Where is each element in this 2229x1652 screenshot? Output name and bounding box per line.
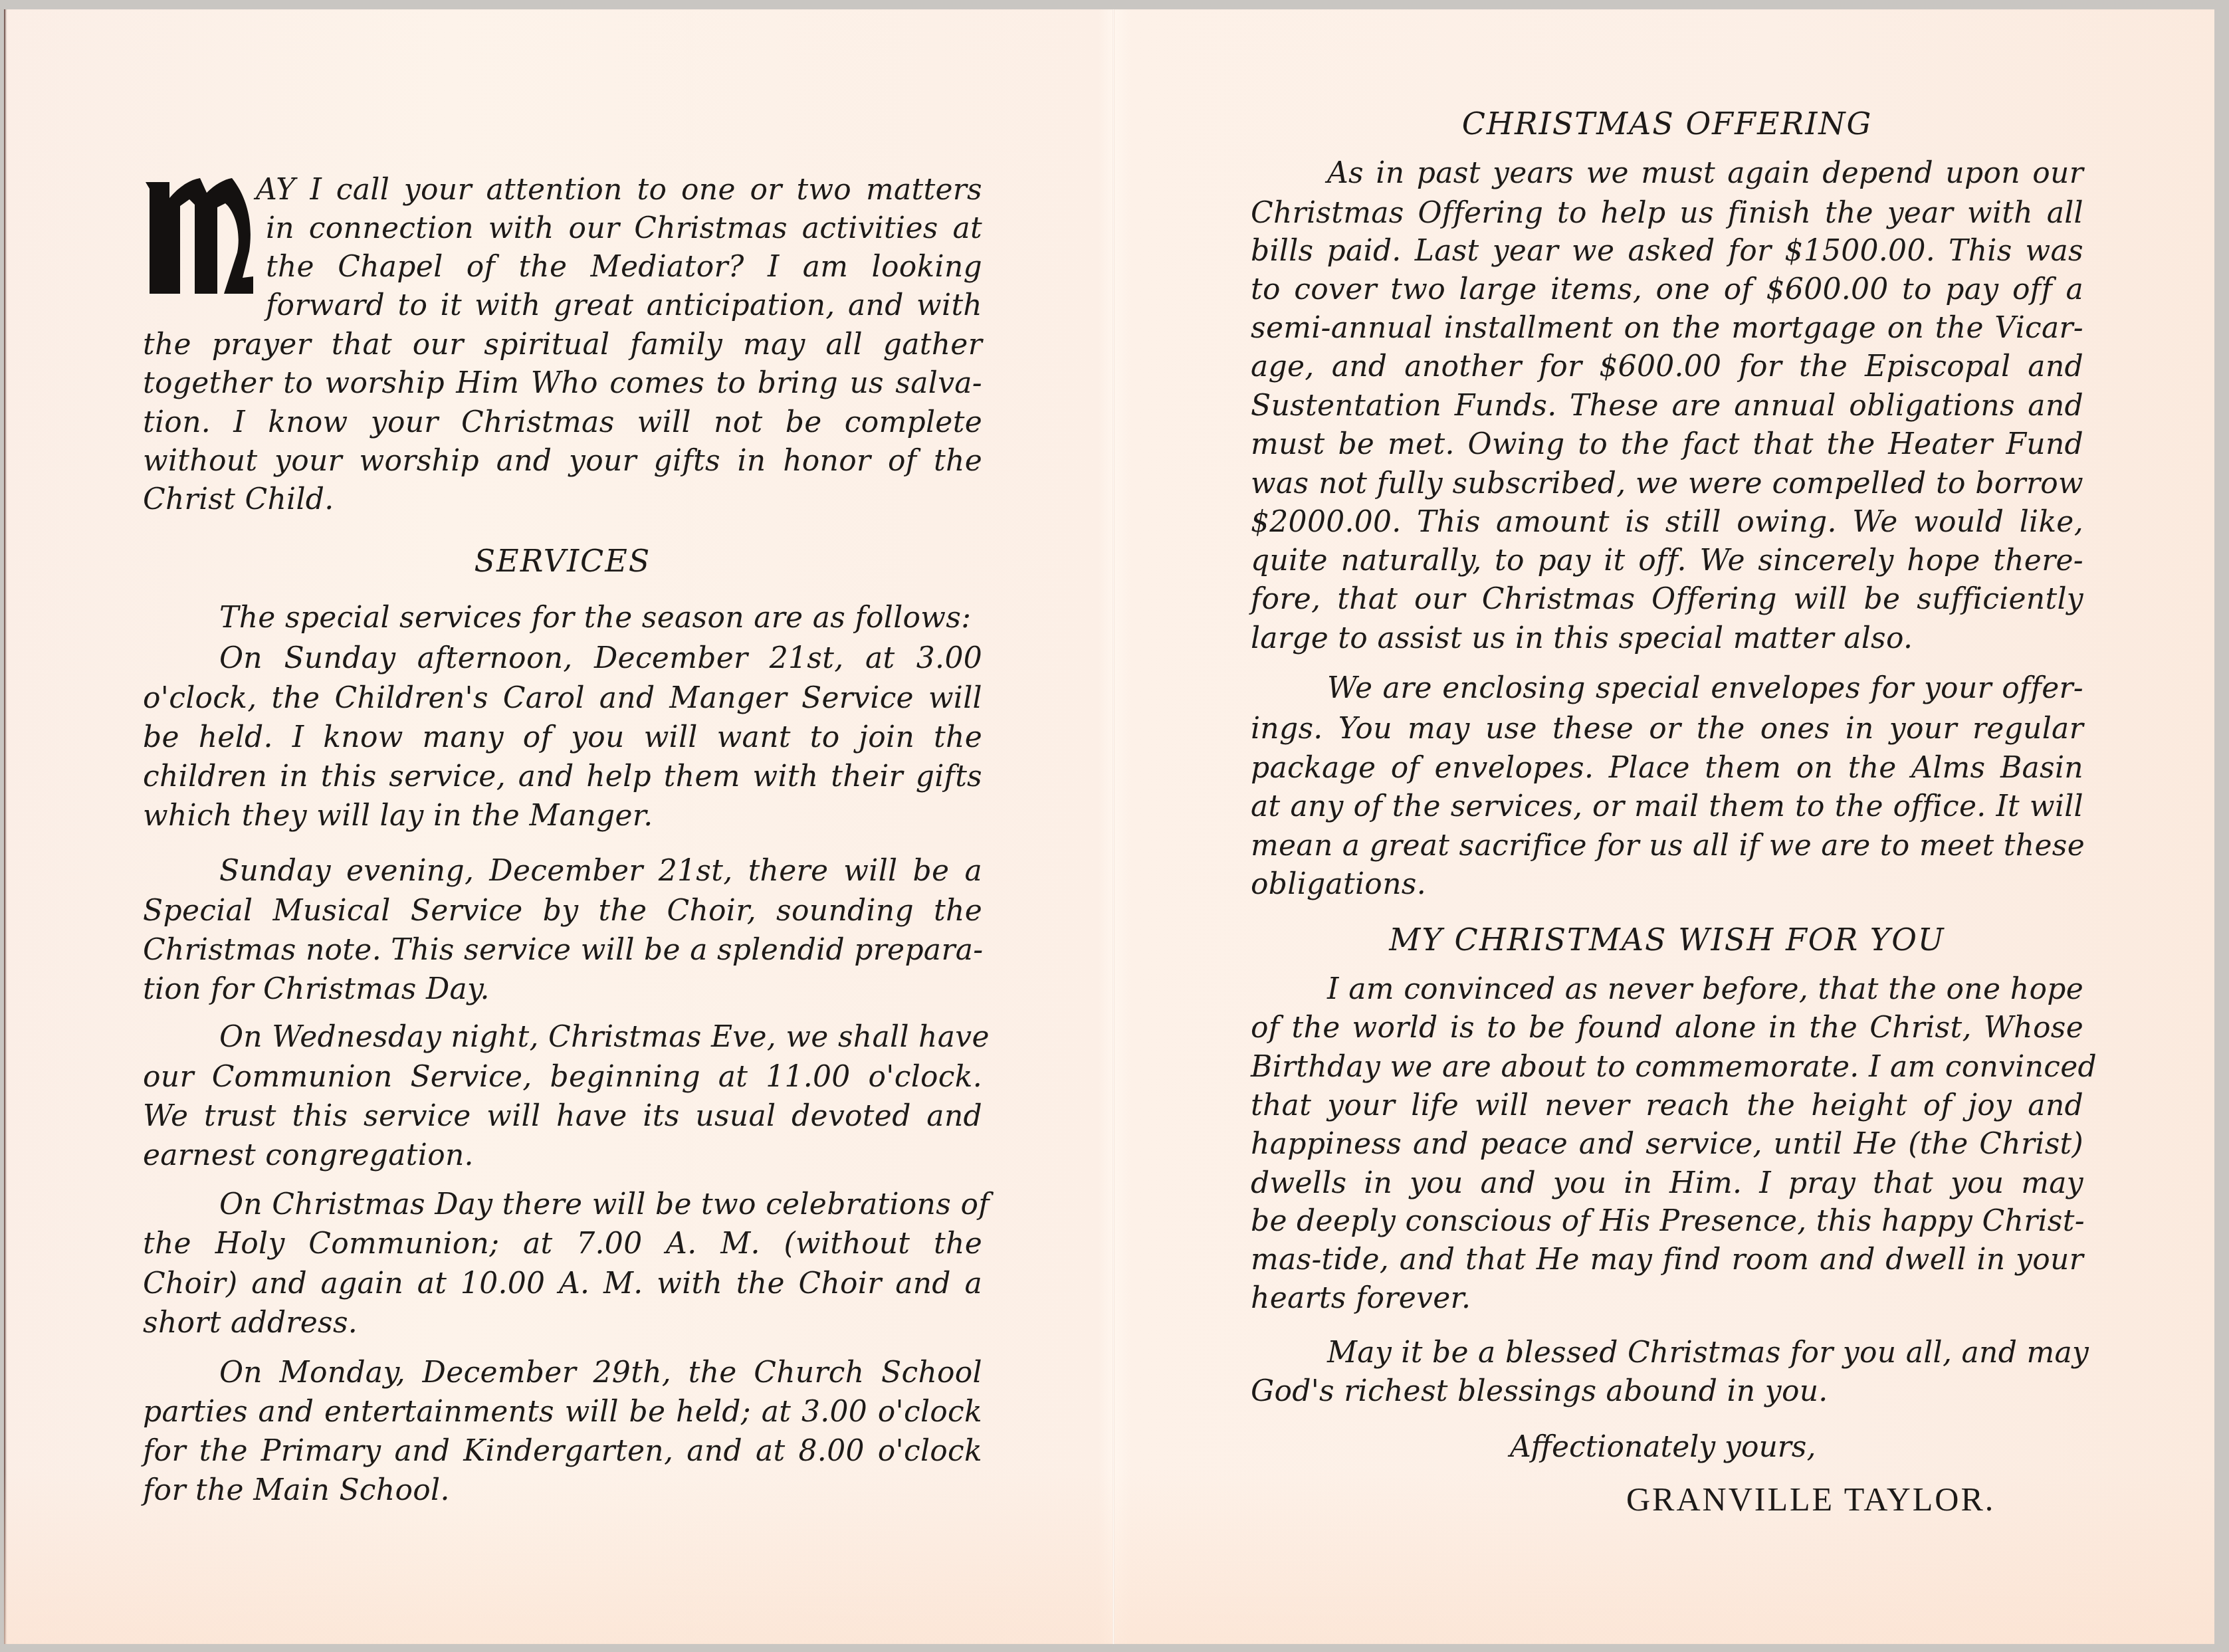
intro-line-9: Christ Child. (143, 480, 982, 520)
offering-p1-line-4: to cover two large items, one of $600.00… (1251, 270, 2083, 310)
services-p4-line-2: our Communion Service, beginning at 11.0… (143, 1057, 982, 1097)
intro-line-5: the prayer that our spiritual family may… (143, 325, 982, 365)
services-p2-line-4: children in this service, and help them … (143, 757, 982, 797)
offering-p1-line-11: quite naturally, to pay it off. We since… (1251, 541, 2083, 581)
wish-p1-line-2: of the world is to be found alone in the… (1251, 1008, 2083, 1048)
offering-p1-line-3: bills paid. Last year we asked for $1500… (1251, 231, 2083, 271)
services-p3-line-4: tion for Christmas Day. (143, 970, 982, 1009)
services-p4-line-1: On Wednesday night, Christmas Eve, we sh… (143, 1017, 982, 1057)
christmas-wish-heading: MY CHRISTMAS WISH FOR YOU (1251, 920, 2083, 960)
intro-line-2: in connection with our Christmas activit… (143, 209, 982, 249)
services-p1-line-1: The special services for the season are … (143, 598, 982, 638)
signature: GRANVILLE TAYLOR. (1626, 1479, 1995, 1519)
offering-p2-line-4: at any of the services, or mail them to … (1251, 787, 2083, 827)
offering-p1-line-2: Christmas Offering to help us finish the… (1251, 193, 2083, 233)
wish-p1-line-7: be deeply conscious of His Presence, thi… (1251, 1201, 2083, 1241)
offering-p1-line-12: fore, that our Christmas Offering will b… (1251, 579, 2083, 619)
wish-p1-line-3: Birthday we are about to commemorate. I … (1251, 1047, 2083, 1087)
closing: Affectionately yours, (1510, 1427, 1816, 1467)
offering-p1-line-9: was not fully subscribed, we were compel… (1251, 464, 2083, 504)
wish-p1-line-1: I am convinced as never before, that the… (1251, 970, 2083, 1009)
offering-p1-line-1: As in past years we must again depend up… (1251, 154, 2083, 193)
services-p5-line-3: Choir) and again at 10.00 A. M. with the… (143, 1264, 982, 1304)
wish-p1-line-6: dwells in you and you in Him. I pray tha… (1251, 1164, 2083, 1203)
wish-p1-line-5: happiness and peace and service, until H… (1251, 1124, 2083, 1164)
intro-line-4: forward to it with great anticipation, a… (143, 286, 982, 326)
services-p6-line-3: for the Primary and Kindergarten, and at… (143, 1431, 982, 1471)
wish-p1-line-8: mas-tide, and that He may find room and … (1251, 1240, 2083, 1280)
offering-p2-line-3: package of envelopes. Place them on the … (1251, 748, 2083, 788)
offering-p2-line-5: mean a great sacrifice for us all if we … (1251, 826, 2083, 866)
services-heading: SERVICES (143, 541, 982, 581)
services-p2-line-2: o'clock, the Children's Carol and Manger… (143, 678, 982, 718)
offering-p1-line-10: $2000.00. This amount is still owing. We… (1251, 502, 2083, 542)
services-p2-line-1: On Sunday afternoon, December 21st, at 3… (143, 639, 982, 678)
services-p3-line-2: Special Musical Service by the Choir, so… (143, 891, 982, 931)
services-p5-line-4: short address. (143, 1303, 982, 1343)
services-p3-line-3: Christmas note. This service will be a s… (143, 930, 982, 970)
services-p5-line-1: On Christmas Day there will be two celeb… (143, 1185, 982, 1225)
center-fold (1113, 9, 1114, 1644)
intro-line-8: without your worship and your gifts in h… (143, 441, 982, 481)
wish-p1-line-4: that your life will never reach the heig… (1251, 1086, 2083, 1126)
services-p6-line-2: parties and entertainments will be held;… (143, 1392, 982, 1432)
intro-line-1: AY I call your attention to one or two m… (143, 170, 982, 210)
intro-line-6: together to worship Him Who comes to bri… (143, 363, 982, 403)
offering-p2-line-6: obligations. (1251, 865, 2083, 904)
intro-line-7: tion. I know your Christmas will not be … (143, 403, 982, 443)
services-p2-line-5: which they will lay in the Manger. (143, 796, 982, 836)
offering-p2-line-2: ings. You may use these or the ones in y… (1251, 709, 2083, 749)
services-p6-line-1: On Monday, December 29th, the Church Sch… (143, 1353, 982, 1393)
offering-p1-line-6: age, and another for $600.00 for the Epi… (1251, 347, 2083, 387)
offering-p1-line-5: semi-annual installment on the mortgage … (1251, 308, 2083, 348)
services-p5-line-2: the Holy Communion; at 7.00 A. M. (witho… (143, 1224, 982, 1264)
services-p4-line-3: We trust this service will have its usua… (143, 1096, 982, 1136)
services-p6-line-4: for the Main School. (143, 1471, 982, 1510)
wish-p2-line-1: May it be a blessed Christmas for you al… (1251, 1333, 2083, 1373)
services-p4-line-4: earnest congregation. (143, 1136, 982, 1176)
services-p3-line-1: Sunday evening, December 21st, there wil… (143, 851, 982, 891)
offering-p1-line-8: must be met. Owing to the fact that the … (1251, 425, 2083, 465)
offering-p2-line-1: We are enclosing special envelopes for y… (1251, 669, 2083, 708)
wish-p2-line-2: God's richest blessings abound in you. (1251, 1372, 2083, 1411)
services-p2-line-3: be held. I know many of you will want to… (143, 718, 982, 758)
intro-line-3: the Chapel of the Mediator? I am looking (143, 247, 982, 287)
wish-p1-line-9: hearts forever. (1251, 1279, 2083, 1318)
offering-p1-line-7: Sustentation Funds. These are annual obl… (1251, 386, 2083, 426)
christmas-offering-heading: CHRISTMAS OFFERING (1251, 104, 2083, 144)
offering-p1-line-13: large to assist us in this special matte… (1251, 619, 2083, 659)
